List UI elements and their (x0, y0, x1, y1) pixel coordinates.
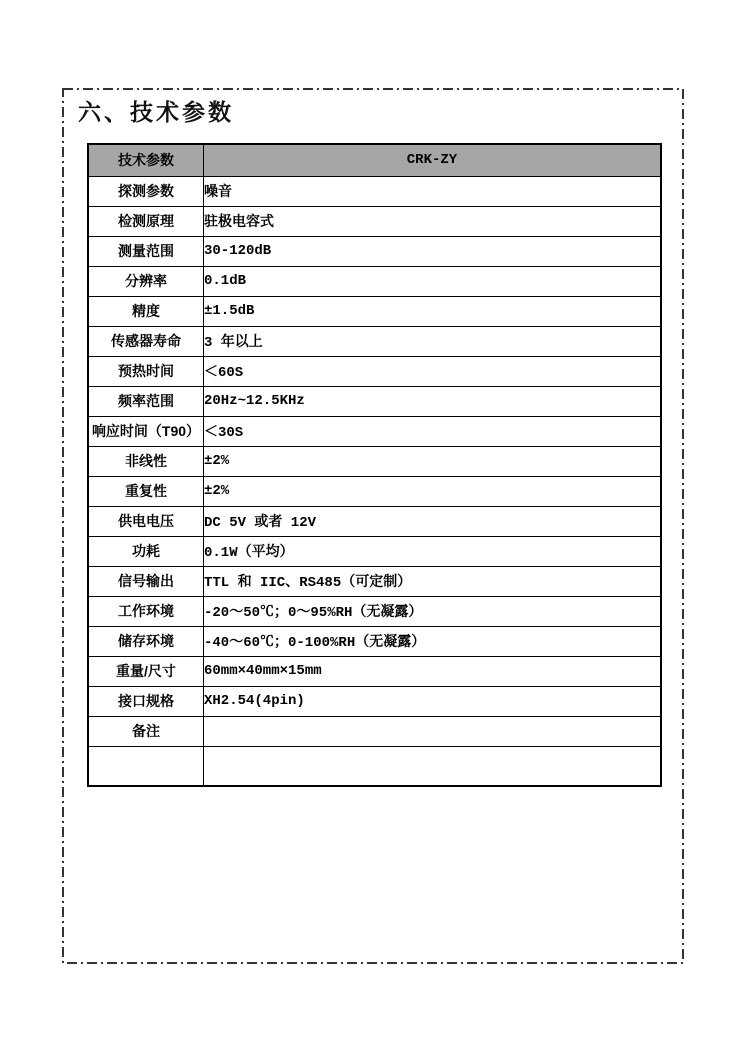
table-row: 精度 ±1.5dB (88, 296, 661, 326)
row-label: 储存环境 (88, 626, 204, 656)
row-label: 接口规格 (88, 686, 204, 716)
document-page: 六、技术参数 技术参数 CRK-ZY 探测参数 噪音 检测原理 驻极电容式 测量… (0, 0, 744, 1052)
row-value: 60mm×40mm×15mm (204, 656, 662, 686)
row-value: ＜30S (204, 416, 662, 446)
table-row: 传感器寿命 3 年以上 (88, 326, 661, 356)
row-label: 工作环境 (88, 596, 204, 626)
row-value: ＜60S (204, 356, 662, 386)
row-label: 预热时间 (88, 356, 204, 386)
table-row: 响应时间（T90） ＜30S (88, 416, 661, 446)
table-row: 检测原理 驻极电容式 (88, 206, 661, 236)
row-value: 30-120dB (204, 236, 662, 266)
table-row: 探测参数 噪音 (88, 176, 661, 206)
table-row: 信号输出 TTL 和 IIC、RS485（可定制） (88, 566, 661, 596)
row-label: 响应时间（T90） (88, 416, 204, 446)
table-row: 接口规格 XH2.54(4pin) (88, 686, 661, 716)
row-value: 3 年以上 (204, 326, 662, 356)
row-value (204, 716, 662, 746)
row-value: ±1.5dB (204, 296, 662, 326)
row-label: 重量/尺寸 (88, 656, 204, 686)
table-row: 备注 (88, 716, 661, 746)
spec-table: 技术参数 CRK-ZY 探测参数 噪音 检测原理 驻极电容式 测量范围 30-1… (87, 143, 662, 787)
table-row: 测量范围 30-120dB (88, 236, 661, 266)
table-row: 频率范围 20Hz~12.5KHz (88, 386, 661, 416)
row-label: 精度 (88, 296, 204, 326)
row-label (88, 746, 204, 786)
row-value: 0.1W（平均） (204, 536, 662, 566)
row-label: 频率范围 (88, 386, 204, 416)
row-label: 传感器寿命 (88, 326, 204, 356)
row-label: 测量范围 (88, 236, 204, 266)
row-label: 功耗 (88, 536, 204, 566)
table-row (88, 746, 661, 786)
row-value: ±2% (204, 476, 662, 506)
table-row: 供电电压 DC 5V 或者 12V (88, 506, 661, 536)
row-label: 供电电压 (88, 506, 204, 536)
row-label: 备注 (88, 716, 204, 746)
row-label: 分辨率 (88, 266, 204, 296)
row-value: ±2% (204, 446, 662, 476)
row-label: 信号输出 (88, 566, 204, 596)
row-value: -20～50℃；0～95%RH（无凝露） (204, 596, 662, 626)
table-row: 预热时间 ＜60S (88, 356, 661, 386)
table-row: 功耗 0.1W（平均） (88, 536, 661, 566)
table-row: 非线性 ±2% (88, 446, 661, 476)
table-row: 重复性 ±2% (88, 476, 661, 506)
table-row: 工作环境 -20～50℃；0～95%RH（无凝露） (88, 596, 661, 626)
section-title: 六、技术参数 (78, 94, 234, 127)
header-param-label: 技术参数 (88, 144, 204, 176)
row-value: 驻极电容式 (204, 206, 662, 236)
row-value: 噪音 (204, 176, 662, 206)
header-model-label: CRK-ZY (204, 144, 662, 176)
table-row: 储存环境 -40～60℃；0-100%RH（无凝露） (88, 626, 661, 656)
row-label: 非线性 (88, 446, 204, 476)
row-value: XH2.54(4pin) (204, 686, 662, 716)
table-body: 探测参数 噪音 检测原理 驻极电容式 测量范围 30-120dB 分辨率 0.1… (88, 176, 661, 786)
row-value: 0.1dB (204, 266, 662, 296)
row-value: -40～60℃；0-100%RH（无凝露） (204, 626, 662, 656)
table-row: 分辨率 0.1dB (88, 266, 661, 296)
table-header-row: 技术参数 CRK-ZY (88, 144, 661, 176)
table-row: 重量/尺寸 60mm×40mm×15mm (88, 656, 661, 686)
row-value: TTL 和 IIC、RS485（可定制） (204, 566, 662, 596)
row-value (204, 746, 662, 786)
row-value: DC 5V 或者 12V (204, 506, 662, 536)
row-label: 重复性 (88, 476, 204, 506)
row-label: 检测原理 (88, 206, 204, 236)
row-label: 探测参数 (88, 176, 204, 206)
row-value: 20Hz~12.5KHz (204, 386, 662, 416)
